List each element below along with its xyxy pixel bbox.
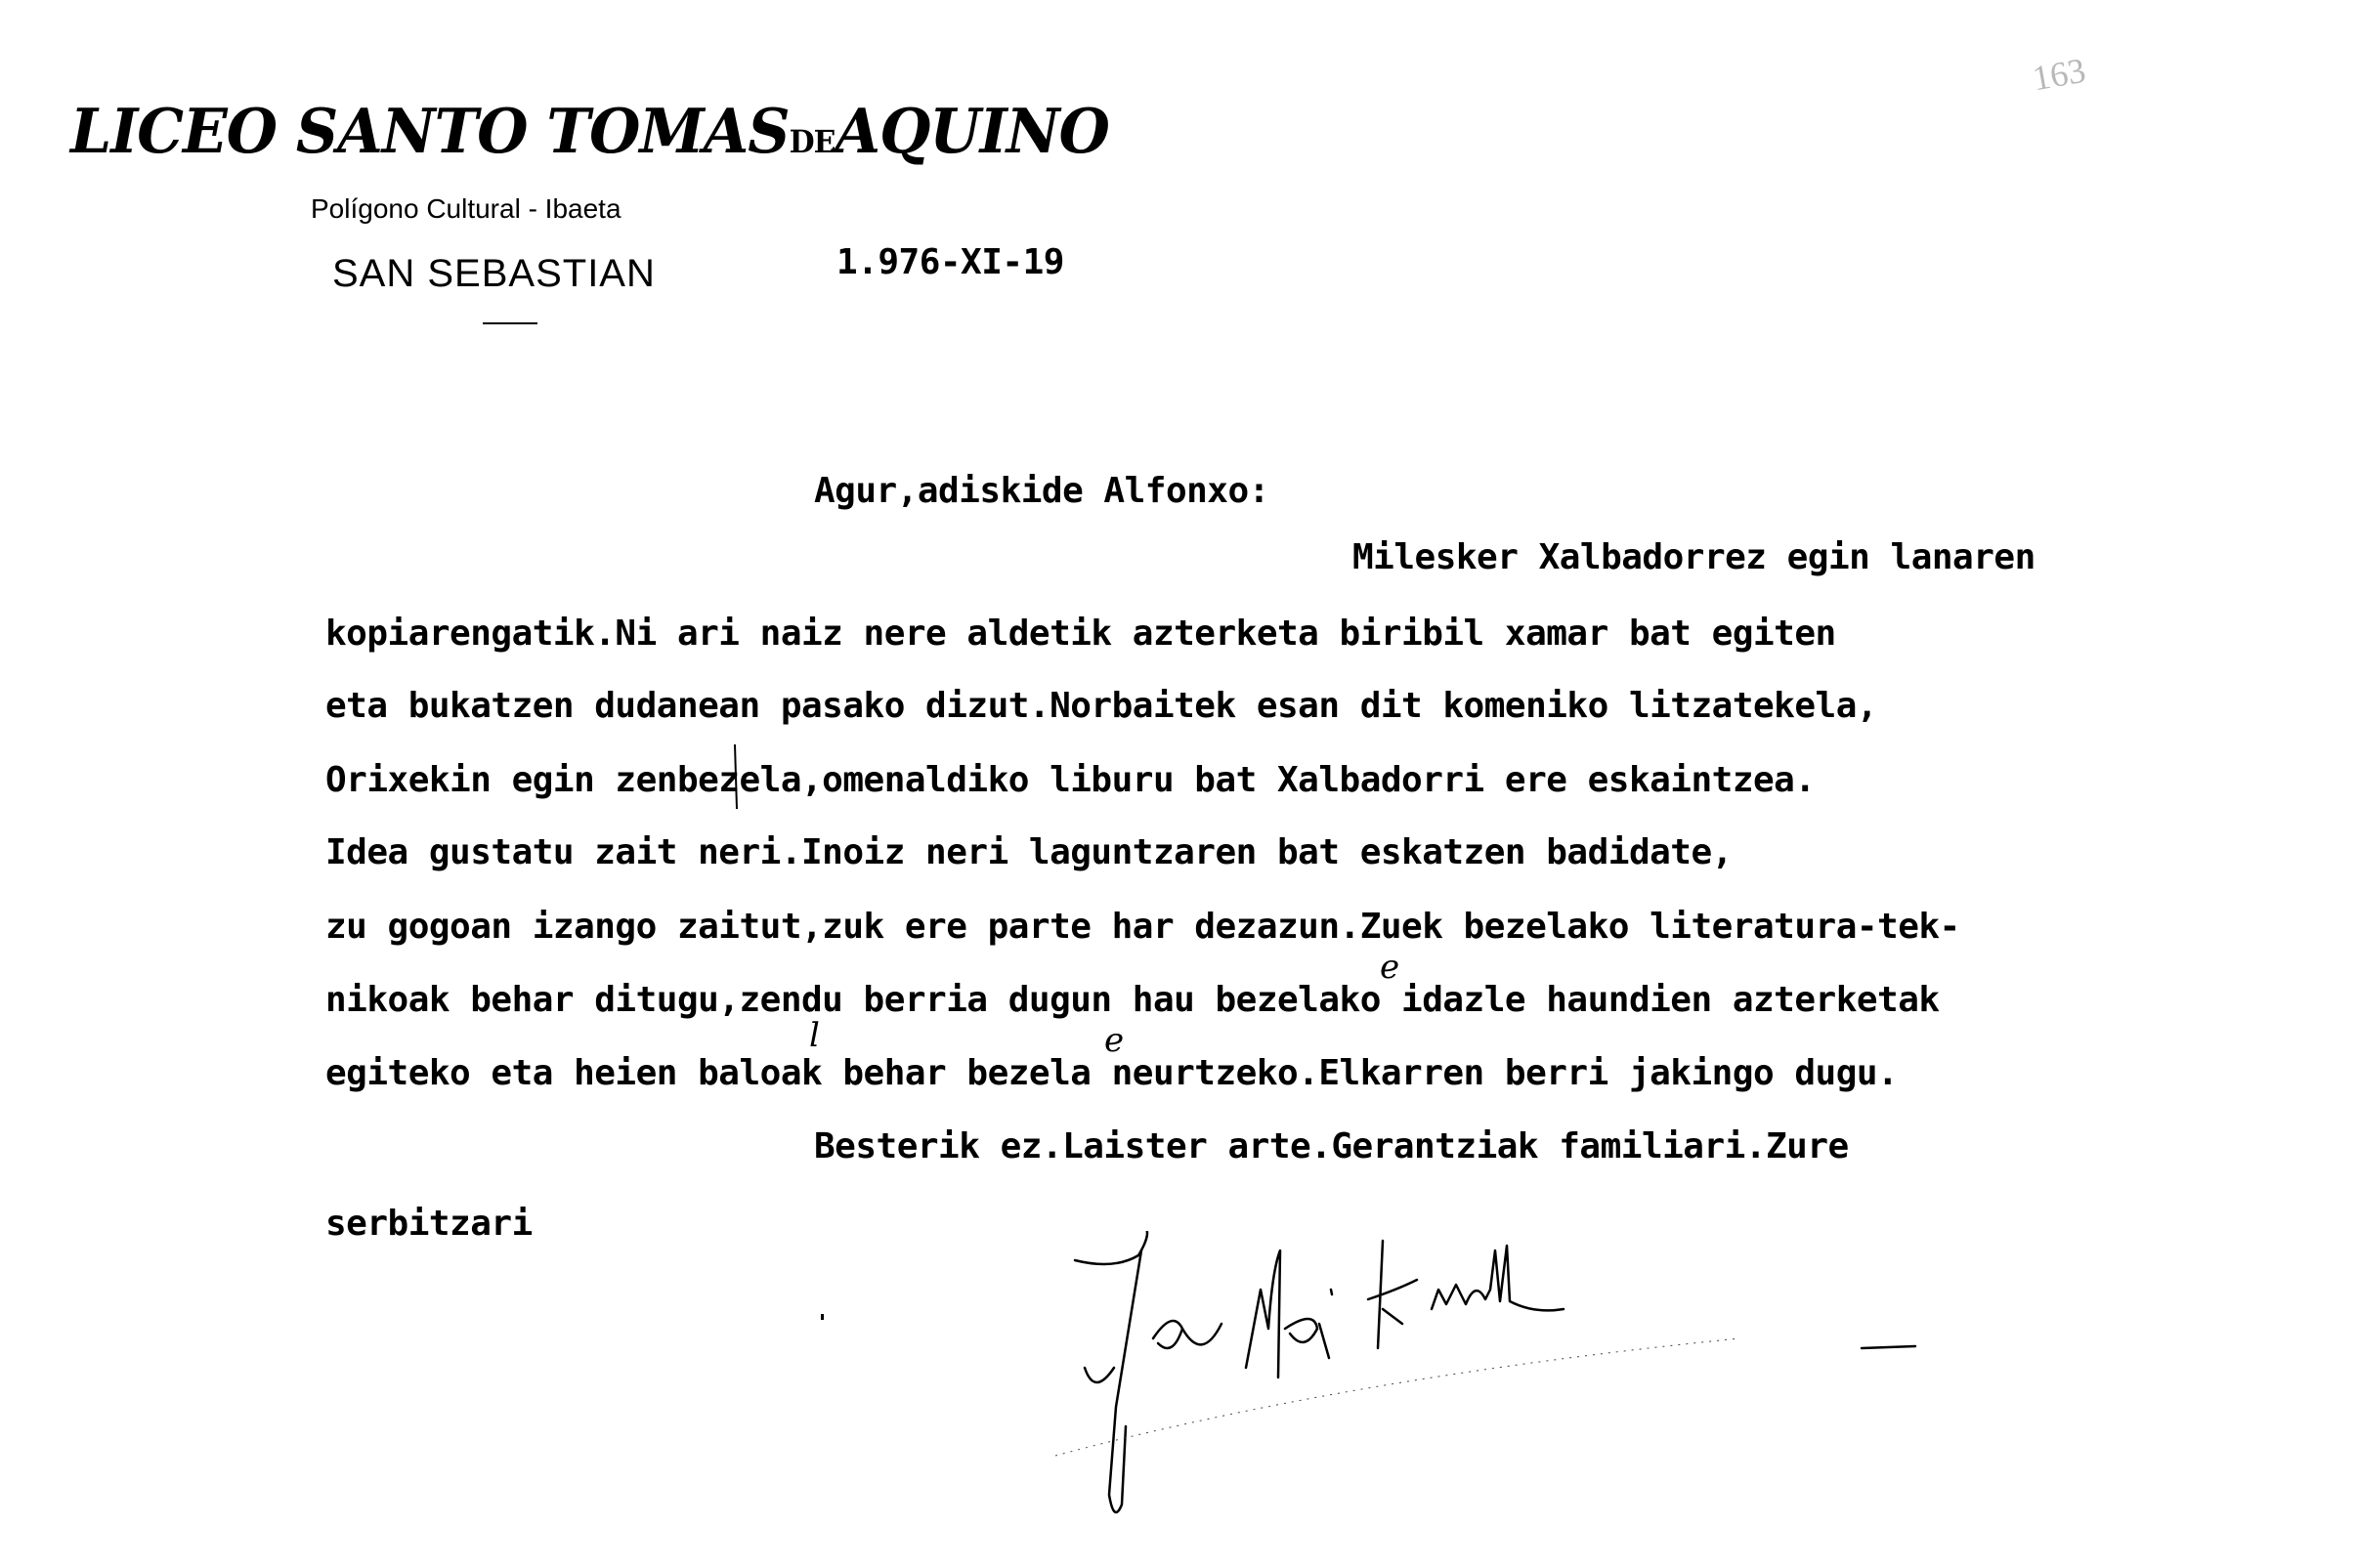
body-line: eta bukatzen dudanean pasako dizut.Norba…	[325, 686, 1877, 726]
stray-mark	[821, 1314, 824, 1320]
salutation: Agur,adiskide Alfonxo:	[814, 471, 1269, 511]
body-line: Milesker Xalbadorrez egin lanaren	[1352, 537, 2036, 577]
city-underline-divider	[483, 322, 537, 324]
letterhead-address: Polígono Cultural - Ibaeta	[311, 193, 621, 225]
handwritten-separator-mark	[733, 742, 739, 811]
closing-signoff: serbitzari	[325, 1204, 533, 1244]
signature	[1055, 1231, 1993, 1524]
institution-name: LICEO SANTO TOMAS	[70, 96, 790, 168]
page-number: 163	[2030, 50, 2088, 100]
institution-name-end: AQUINO	[836, 96, 1109, 168]
letterhead-institution: LICEO SANTO TOMASDEAQUINO	[70, 96, 1109, 168]
handwritten-correction: l	[809, 1016, 820, 1055]
handwritten-correction: e	[1380, 948, 1399, 987]
body-line: zu gogoan izango zaitut,zuk ere parte ha…	[325, 907, 1960, 947]
letter-date: 1.976-XI-19	[836, 242, 1064, 282]
letterhead-city: SAN SEBASTIAN	[332, 252, 656, 296]
body-line: Idea gustatu zait neri.Inoiz neri lagunt…	[325, 832, 1733, 872]
handwritten-correction: e	[1104, 1021, 1124, 1060]
body-line: kopiarengatik.Ni ari naiz nere aldetik a…	[325, 614, 1836, 654]
institution-de: DE	[790, 125, 836, 161]
body-line: Orixekin egin zenbezela,omenaldiko libur…	[325, 760, 1816, 800]
closing-line: Besterik ez.Laister arte.Gerantziak fami…	[814, 1126, 1849, 1166]
body-line: nikoak behar ditugu,zendu berria dugun h…	[325, 980, 1940, 1020]
